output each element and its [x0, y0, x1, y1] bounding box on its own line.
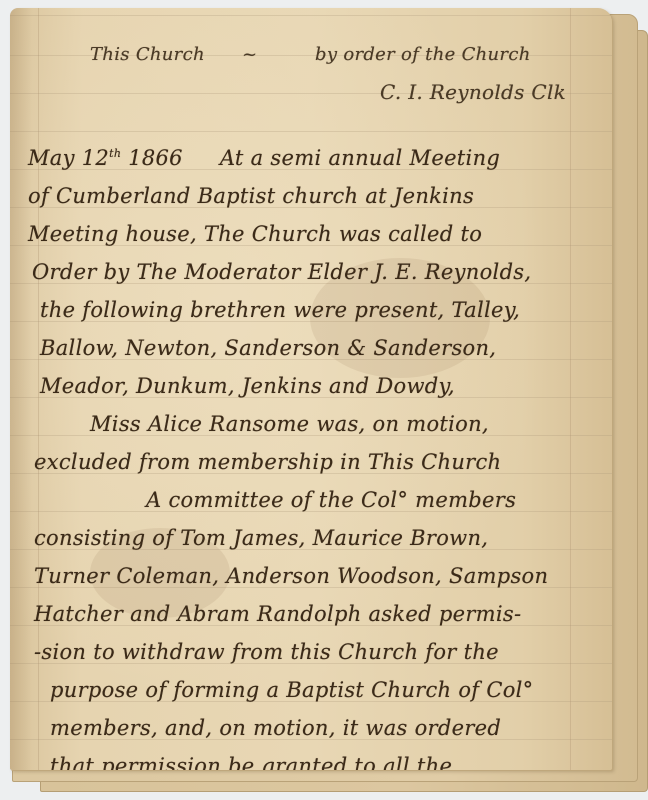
header-this-church: This Church	[90, 44, 205, 65]
entry-line: members, and, on motion, it was ordered	[50, 716, 501, 740]
entry-line: A committee of the Col° members	[146, 488, 516, 512]
manuscript-page: This Church ~ by order of the Church C. …	[10, 8, 612, 770]
entry-line: Miss Alice Ransome was, on motion,	[90, 412, 489, 436]
handwritten-text: This Church ~ by order of the Church C. …	[10, 8, 612, 770]
entry-line: the following brethren were present, Tal…	[40, 298, 520, 322]
entry-line: consisting of Tom James, Maurice Brown,	[34, 526, 488, 550]
header-right: by order of the Church	[315, 44, 531, 65]
clerk-signature: C. I. Reynolds Clk	[380, 80, 566, 104]
entry-year: 1866	[128, 146, 183, 170]
header-by-order: by order of the Church	[315, 44, 531, 65]
entry-line: Order by The Moderator Elder J. E. Reyno…	[32, 260, 531, 284]
entry-line: -sion to withdraw from this Church for t…	[34, 640, 499, 664]
signature-text: C. I. Reynolds Clk	[380, 80, 566, 104]
entry-line: purpose of forming a Baptist Church of C…	[50, 678, 533, 702]
entry-line: of Cumberland Baptist church at Jenkins	[28, 184, 474, 208]
entry-line: Hatcher and Abram Randolph asked permis-	[34, 602, 521, 626]
entry-date-line: May 12th 1866 At a semi annual Meeting	[28, 146, 500, 170]
entry-line: At a semi annual Meeting	[220, 146, 500, 170]
document-scan: This Church ~ by order of the Church C. …	[0, 0, 648, 800]
entry-date-suffix: th	[109, 147, 121, 160]
entry-date: May 12	[28, 146, 109, 170]
entry-line: Meador, Dunkum, Jenkins and Dowdy,	[40, 374, 455, 398]
entry-line: Turner Coleman, Anderson Woodson, Sampso…	[34, 564, 548, 588]
entry-line: Ballow, Newton, Sanderson & Sanderson,	[40, 336, 496, 360]
header-dash: ~	[242, 44, 257, 65]
entry-line: that permission be granted to all the	[50, 754, 452, 770]
entry-line: excluded from membership in This Church	[34, 450, 501, 474]
entry-line: Meeting house, The Church was called to	[28, 222, 482, 246]
header-dash-glyph: ~	[242, 44, 257, 65]
header-left: This Church	[90, 44, 205, 65]
